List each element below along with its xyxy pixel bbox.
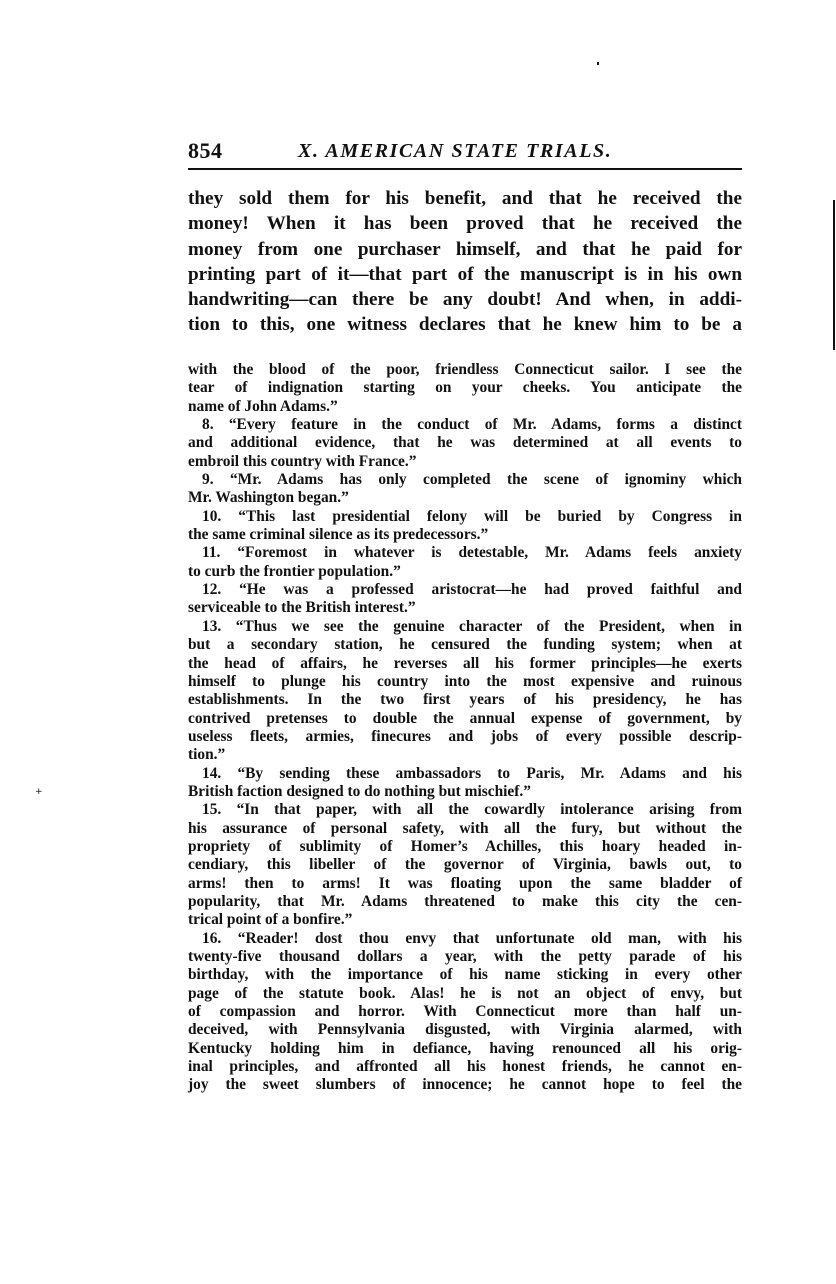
margin-edge-line — [833, 200, 835, 350]
footnote-line: useless fleets, armies, finecures and jo… — [188, 728, 742, 746]
footnote-line: 13. “Thus we see the genuine character o… — [188, 618, 742, 636]
body-line: money! When it has been proved that he r… — [188, 211, 742, 236]
footnote-line: 14. “By sending these ambassadors to Par… — [188, 765, 742, 783]
scan-speck — [597, 62, 599, 65]
footnote-line: himself to plunge his country into the m… — [188, 673, 742, 691]
body-line: handwriting—can there be any doubt! And … — [188, 287, 742, 312]
body-line: they sold them for his benefit, and that… — [188, 186, 742, 211]
footnote-line: with the blood of the poor, friendless C… — [188, 361, 742, 379]
footnotes-block: with the blood of the poor, friendless C… — [188, 361, 742, 1095]
footnote-line: the head of affairs, he reverses all his… — [188, 655, 742, 673]
footnote-line: tear of indignation starting on your che… — [188, 379, 742, 397]
footnote-line: 9. “Mr. Adams has only completed the sce… — [188, 471, 742, 489]
footnote-line: birthday, with the importance of his nam… — [188, 966, 742, 984]
footnote-line: and additional evidence, that he was det… — [188, 434, 742, 452]
body-line: printing part of it—that part of the man… — [188, 262, 742, 287]
footnote-line: contrived pretenses to double the annual… — [188, 710, 742, 728]
page-number: 854 — [188, 138, 223, 164]
body-paragraph: they sold them for his benefit, and that… — [188, 186, 742, 338]
footnote-line: deceived, with Pennsylvania disgusted, w… — [188, 1021, 742, 1039]
footnote-line: 15. “In that paper, with all the cowardl… — [188, 801, 742, 819]
footnote-line: 8. “Every feature in the conduct of Mr. … — [188, 416, 742, 434]
footnote-line: 12. “He was a professed aristocrat—he ha… — [188, 581, 742, 599]
footnote-line: 11. “Foremost in whatever is detestable,… — [188, 544, 742, 562]
footnote-line: Mr. Washington began.” — [188, 489, 742, 507]
footnote-line: trical point of a bonfire.” — [188, 911, 742, 929]
footnote-line: popularity, that Mr. Adams threatened to… — [188, 893, 742, 911]
footnote-line: of compassion and horror. With Connectic… — [188, 1003, 742, 1021]
footnote-line: the same criminal silence as its predece… — [188, 526, 742, 544]
footnote-line: British faction designed to do nothing b… — [188, 783, 742, 801]
footnote-line: 10. “This last presidential felony will … — [188, 508, 742, 526]
footnote-line: his assurance of personal safety, with a… — [188, 820, 742, 838]
footnote-line: propriety of sublimity of Homer’s Achill… — [188, 838, 742, 856]
body-line: tion to this, one witness declares that … — [188, 312, 742, 337]
footnote-line: page of the statute book. Alas! he is no… — [188, 985, 742, 1003]
footnote-line: twenty-five thousand dollars a year, wit… — [188, 948, 742, 966]
footnote-line: tion.” — [188, 746, 742, 764]
scan-cross-mark: + — [35, 788, 43, 797]
footnote-line: establishments. In the two first years o… — [188, 691, 742, 709]
footnote-line: embroil this country with France.” — [188, 453, 742, 471]
footnote-line: but a secondary station, he censured the… — [188, 636, 742, 654]
footnote-line: name of John Adams.” — [188, 398, 742, 416]
footnote-line: joy the sweet slumbers of innocence; he … — [188, 1076, 742, 1094]
running-title: X. AMERICAN STATE TRIALS. — [298, 138, 612, 164]
running-head: 854 X. AMERICAN STATE TRIALS. — [188, 138, 742, 164]
footnote-line: 16. “Reader! dost thou envy that unfortu… — [188, 930, 742, 948]
footnote-line: serviceable to the British interest.” — [188, 599, 742, 617]
footnote-line: to curb the frontier population.” — [188, 563, 742, 581]
footnote-line: arms! then to arms! It was floating upon… — [188, 875, 742, 893]
footnote-line: Kentucky holding him in defiance, having… — [188, 1040, 742, 1058]
body-line: money from one purchaser himself, and th… — [188, 237, 742, 262]
footnote-line: inal principles, and affronted all his h… — [188, 1058, 742, 1076]
footnote-line: cendiary, this libeller of the governor … — [188, 856, 742, 874]
header-rule — [188, 168, 742, 170]
